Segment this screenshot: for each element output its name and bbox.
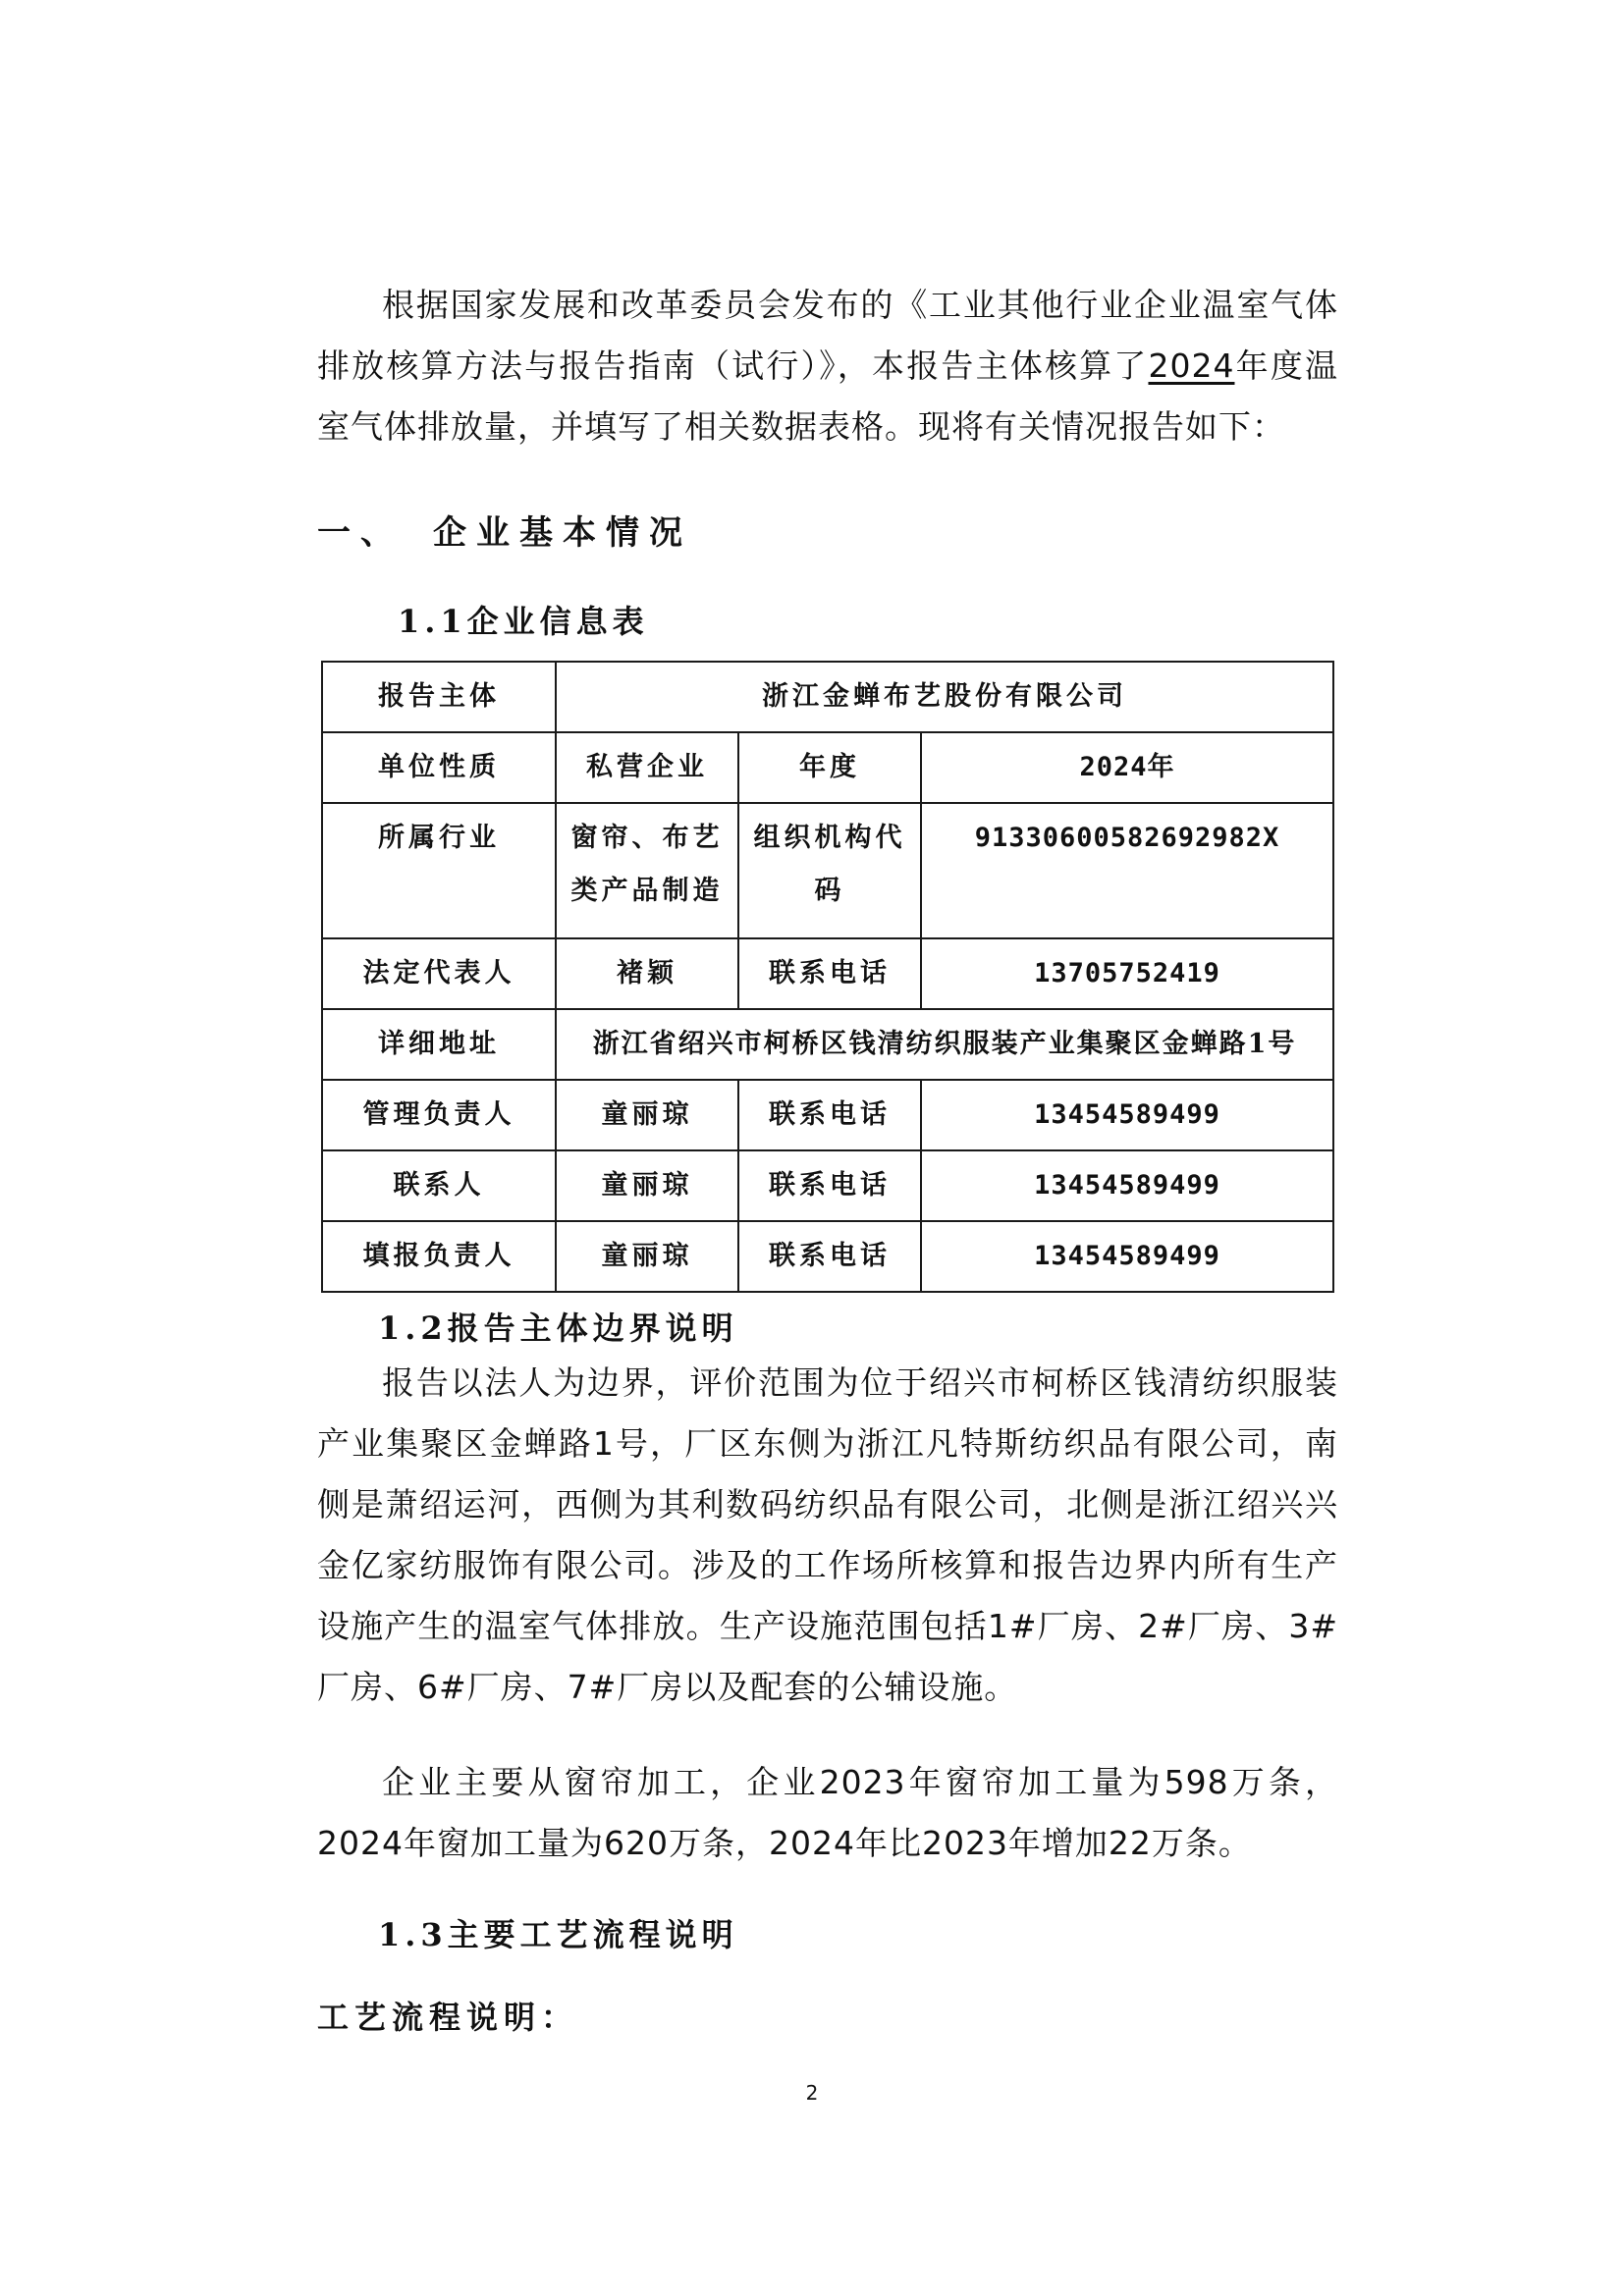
legal-rep-label: 法定代表人 [322, 938, 556, 1009]
filler-phone-label: 联系电话 [738, 1221, 921, 1292]
contact-phone-value: 13454589499 [921, 1150, 1333, 1221]
table-row: 单位性质 私营企业 年度 2024年 [322, 732, 1333, 803]
contact-label: 联系人 [322, 1150, 556, 1221]
industry-label: 所属行业 [322, 803, 556, 938]
legal-rep-value: 褚颖 [556, 938, 738, 1009]
address-value: 浙江省绍兴市柯桥区钱清纺织服装产业集聚区金蝉路1号 [556, 1009, 1333, 1080]
table-row: 报告主体 浙江金蝉布艺股份有限公司 [322, 662, 1333, 732]
table-row: 详细地址 浙江省绍兴市柯桥区钱清纺织服装产业集聚区金蝉路1号 [322, 1009, 1333, 1080]
manager-phone-label: 联系电话 [738, 1080, 921, 1150]
section-1-number: 一、 [317, 513, 404, 553]
document-page: 根据国家发展和改革委员会发布的《工业其他行业企业温室气体排放核算方法与报告指南（… [0, 0, 1624, 2296]
filler-phone-value: 13454589499 [921, 1221, 1333, 1292]
manager-label: 管理负责人 [322, 1080, 556, 1150]
address-label: 详细地址 [322, 1009, 556, 1080]
production-paragraph: 企业主要从窗帘加工，企业2023年窗帘加工量为598万条，2024年窗加工量为6… [317, 1752, 1338, 1874]
table-row: 填报负责人 童丽琼 联系电话 13454589499 [322, 1221, 1333, 1292]
unit-nature-value: 私营企业 [556, 732, 738, 803]
org-code-value: 91330600582692982X [921, 803, 1333, 938]
filler-label: 填报负责人 [322, 1221, 556, 1292]
industry-value: 窗帘、布艺类产品制造 [556, 803, 738, 938]
intro-year-underlined: 2024 [1148, 347, 1234, 385]
boundary-paragraph: 报告以法人为边界，评价范围为位于绍兴市柯桥区钱清纺织服装产业集聚区金蝉路1号，厂… [317, 1353, 1338, 1718]
legal-rep-phone-label: 联系电话 [738, 938, 921, 1009]
table-row: 所属行业 窗帘、布艺类产品制造 组织机构代码 91330600582692982… [322, 803, 1333, 938]
section-1-1-heading: 1.1企业信息表 [398, 597, 649, 642]
reporting-entity-value: 浙江金蝉布艺股份有限公司 [556, 662, 1333, 732]
contact-phone-label: 联系电话 [738, 1150, 921, 1221]
page-number: 2 [0, 2081, 1624, 2105]
manager-value: 童丽琼 [556, 1080, 738, 1150]
reporting-entity-label: 报告主体 [322, 662, 556, 732]
filler-value: 童丽琼 [556, 1221, 738, 1292]
table-row: 联系人 童丽琼 联系电话 13454589499 [322, 1150, 1333, 1221]
section-1-2-heading: 1.2报告主体边界说明 [378, 1304, 738, 1349]
year-value: 2024年 [921, 732, 1333, 803]
table-row: 法定代表人 褚颖 联系电话 13705752419 [322, 938, 1333, 1009]
section-1-title: 企业基本情况 [433, 513, 692, 553]
unit-nature-label: 单位性质 [322, 732, 556, 803]
intro-paragraph: 根据国家发展和改革委员会发布的《工业其他行业企业温室气体排放核算方法与报告指南（… [317, 275, 1338, 457]
section-1-heading: 一、企业基本情况 [317, 506, 692, 554]
contact-value: 童丽琼 [556, 1150, 738, 1221]
year-label: 年度 [738, 732, 921, 803]
org-code-label: 组织机构代码 [738, 803, 921, 938]
enterprise-info-table: 报告主体 浙江金蝉布艺股份有限公司 单位性质 私营企业 年度 2024年 所属行… [321, 661, 1334, 1293]
manager-phone-value: 13454589499 [921, 1080, 1333, 1150]
legal-rep-phone-value: 13705752419 [921, 938, 1333, 1009]
process-flow-subheading: 工艺流程说明： [317, 1993, 578, 2038]
section-1-3-heading: 1.3主要工艺流程说明 [378, 1910, 738, 1955]
table-row: 管理负责人 童丽琼 联系电话 13454589499 [322, 1080, 1333, 1150]
